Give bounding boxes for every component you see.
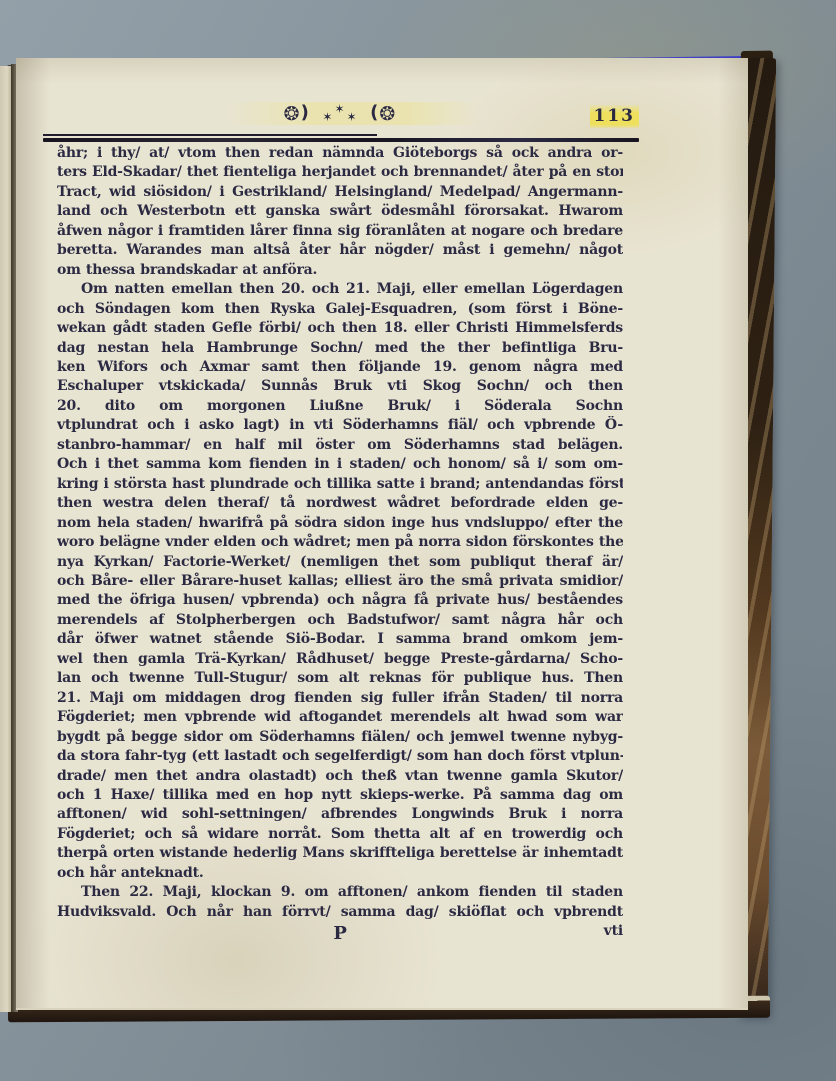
text-line: woro belägne vnder elden och wådret; men…: [57, 533, 623, 552]
text-line: Om natten emellan then 20. och 21. Maji,…: [57, 280, 623, 299]
text-block: åhr; i thy/ at/ vtom then redan nämnda G…: [57, 144, 623, 945]
header-rule-thick: [43, 138, 639, 142]
text-line: åfwen någor i framtiden lårer finna sig …: [57, 222, 623, 241]
text-line: 21. Maji om middagen drog fienden sig fu…: [57, 689, 623, 708]
page-header: ❂) ✶✶✶ (❂ 113: [57, 102, 623, 132]
text-line: åhr; i thy/ at/ vtom then redan nämnda G…: [57, 144, 623, 163]
text-line: 20. dito om morgonen Liußne Bruk/ i Söde…: [57, 397, 623, 416]
text-line: nom hela staden/ hwarifrå på södra sidon…: [57, 514, 623, 533]
text-line: Then 22. Maji, klockan 9. om afftonen/ a…: [57, 883, 623, 902]
text-line: merendels af Stolpherbergen och Badstufw…: [57, 611, 623, 630]
header-rule-thin: [43, 134, 377, 136]
text-line: Fögderiet; men vpbrende wid aftogandet m…: [57, 708, 623, 727]
text-line: stanbro-hammar/ en half mil öster om Söd…: [57, 436, 623, 455]
asterism-icon: ✶✶✶: [322, 103, 357, 122]
text-line: beretta. Warandes man altså åter hår nög…: [57, 241, 623, 260]
text-line: ters Eld-Skadar/ thet fienteliga herjand…: [57, 163, 623, 182]
text-line: och 1 Haxe/ tillika med en hop nytt skie…: [57, 786, 623, 805]
text-line: drade/ men thet andra olastadt) och theß…: [57, 767, 623, 786]
catchword: vti: [604, 923, 623, 939]
text-line: dår öfwer watnet stående Siö-Bodar. I sa…: [57, 630, 623, 649]
book-page: ❂) ✶✶✶ (❂ 113 åhr; i thy/ at/ vtom then …: [16, 58, 748, 1008]
paren-close: ): [301, 102, 310, 123]
text-line: ken Wifors och Axmar samt then följande …: [57, 358, 623, 377]
text-line: Eschaluper vtskickada/ Sunnås Bruk vti S…: [57, 377, 623, 396]
text-line: nya Kyrkan/ Factorie-Werket/ (nemligen t…: [57, 553, 623, 572]
star-icon: ✶: [334, 102, 345, 116]
text-line: land och Westerbotn ett ganska swårt öde…: [57, 202, 623, 221]
paragraph: Then 22. Maji, klockan 9. om afftonen/ a…: [57, 883, 623, 922]
text-line: Tract, wid siösidon/ i Gestrikland/ Hels…: [57, 183, 623, 202]
signature-mark: P: [333, 923, 346, 944]
page-number: 113: [590, 106, 640, 126]
text-line: bygdt på begge sidor om Söderhamns fiäle…: [57, 728, 623, 747]
text-line: vtplundrat och i asko lagt) in vti Söder…: [57, 416, 623, 435]
text-line: lan och twenne Tull-Stugur/ som alt rekn…: [57, 669, 623, 688]
text-line: och hår anteknadt.: [57, 864, 623, 883]
star-icon: ✶: [322, 110, 333, 124]
text-line: therpå orten wistande hederlig Mans skri…: [57, 844, 623, 863]
text-line: then westra delen theraf/ tå nordwest wå…: [57, 494, 623, 513]
text-line: om thessa brandskadar at anföra.: [57, 261, 623, 280]
text-line: dag nestan hela Hambrunge Sochn/ med the…: [57, 339, 623, 358]
text-line: wekan gådt staden Gefle förbi/ och then …: [57, 319, 623, 338]
footer-line: P vti: [57, 923, 623, 945]
star-icon: ✶: [347, 110, 358, 124]
text-line: kring i största hast plundrade och tilli…: [57, 475, 623, 494]
text-line: och Båre- eller Bårare-huset kallas; ell…: [57, 572, 623, 591]
page-number-highlight: 113: [590, 105, 640, 128]
text-line: och Söndagen kom then Ryska Galej-Esquad…: [57, 300, 623, 319]
rosette-icon: ❂: [379, 103, 396, 125]
text-line: Fögderiet; och så widare norråt. Som the…: [57, 825, 623, 844]
photo-backdrop: ❂) ✶✶✶ (❂ 113 åhr; i thy/ at/ vtom then …: [0, 0, 836, 1081]
paragraph: åhr; i thy/ at/ vtom then redan nämnda G…: [57, 144, 623, 280]
text-line: Och i thet samma kom fienden in i staden…: [57, 455, 623, 474]
text-line: wel then gamla Trä-Kyrkan/ Rådhuset/ beg…: [57, 650, 623, 669]
header-rule: [43, 134, 639, 142]
text-line: da stora fahr-tyg (ett lastadt och segel…: [57, 747, 623, 766]
rosette-icon: ❂: [284, 103, 301, 125]
text-line: Hudviksvald. Och når han förrvt/ samma d…: [57, 903, 623, 922]
text-line: afftonen/ wid sohl-settningen/ afbrendes…: [57, 805, 623, 824]
header-ornament: ❂) ✶✶✶ (❂: [57, 102, 623, 125]
text-line: med the öfriga husen/ vpbrenda) och någr…: [57, 591, 623, 610]
paragraph: Om natten emellan then 20. och 21. Maji,…: [57, 280, 623, 883]
